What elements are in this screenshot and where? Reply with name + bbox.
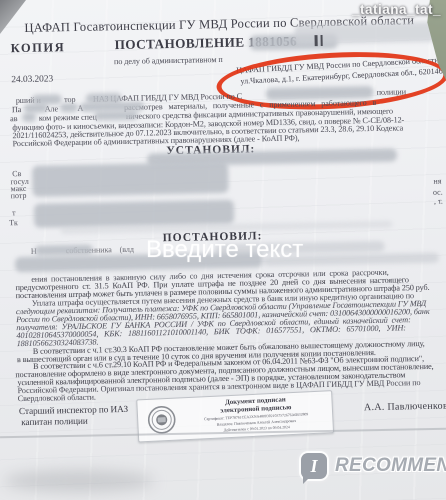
intro-line-right: полиции [377, 87, 406, 97]
case-subtitle: по делу об административном п [114, 55, 223, 66]
site-icon-letter: I [310, 457, 317, 475]
redaction-blur [321, 35, 323, 46]
redacted-fragment: , т. [434, 197, 443, 206]
redaction-blur [35, 245, 93, 256]
username-watermark: _tatiana_tat_ [352, 2, 441, 17]
inspector-name: А.А. Павлюченков [364, 402, 446, 413]
redaction-blur [22, 113, 36, 122]
redaction-blur [24, 103, 48, 112]
document-photo: ЦАФАП Госавтоинспекции ГУ МВД России по … [0, 0, 446, 500]
redaction-blur [266, 86, 374, 100]
paper-smudge [4, 470, 154, 492]
inspector-position: Старший инспектор по ИАЗ [19, 406, 128, 417]
redaction-blur [94, 111, 138, 121]
redacted-fragment: ня [433, 177, 441, 186]
site-name: RECOMMEND.RU [335, 455, 446, 477]
mvd-emblem-icon [147, 405, 177, 435]
redacted-fragment: потр [11, 191, 27, 200]
inspector-position: капитан полиции [21, 418, 88, 428]
decree-date: 24.03.2023 [11, 75, 53, 85]
redaction-blur [32, 162, 229, 197]
redacted-fragment: ос. [433, 188, 443, 197]
site-watermark: I RECOMMEND.RU [301, 453, 446, 479]
appeal-line: Свердловской области. [18, 393, 96, 404]
redaction-blur [315, 35, 318, 46]
overlay-text-watermark: Введите текст [146, 236, 303, 264]
speech-bubble-icon: I [301, 453, 327, 479]
redacted-fragment: т [12, 208, 16, 217]
copy-label: КОПИЯ [11, 43, 66, 53]
redacted-fragment: Тк [9, 218, 18, 227]
redaction-blur [60, 103, 78, 112]
